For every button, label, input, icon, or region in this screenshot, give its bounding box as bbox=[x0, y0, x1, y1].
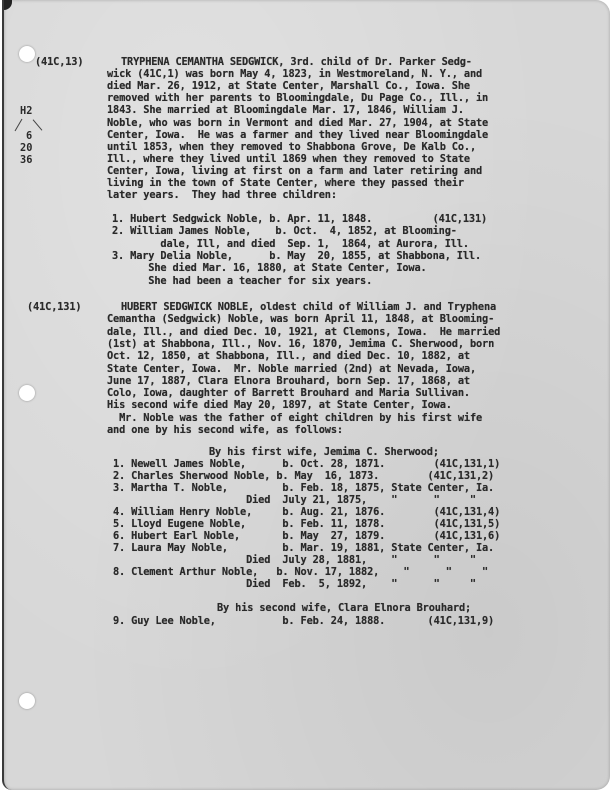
child-entry-line: 5. Lloyd Eugene Noble, b. Feb. 11, 1878.… bbox=[113, 518, 500, 530]
paragraph-line: June 17, 1887, Clara Elnora Brouhard, bo… bbox=[107, 375, 470, 387]
paragraph-line: dale, Ill., and died Dec. 10, 1921, at C… bbox=[107, 326, 500, 338]
child-entry-line: Died July 28, 1881, " " " bbox=[113, 554, 476, 566]
child-entry-line: 9. Guy Lee Noble, b. Feb. 24, 1888. (41C… bbox=[113, 615, 494, 627]
margin-note-20: 20 bbox=[20, 142, 32, 154]
paragraph-line: Oct. 12, 1850, at Shabbona, Ill., and di… bbox=[107, 350, 470, 362]
child-entry-line: 3. Mary Delia Noble, b. May 20, 1855, at… bbox=[112, 250, 481, 262]
paragraph-line: Ill., where they lived until 1869 when t… bbox=[107, 153, 470, 165]
child-entry-line: 2. Charles Sherwood Noble, b. May 16, 18… bbox=[113, 470, 494, 482]
margin-caret-right bbox=[33, 119, 43, 130]
paragraph-line: until 1853, when they removed to Shabbon… bbox=[107, 141, 476, 153]
child-entry-line: dale, Ill, and died Sep. 1, 1864, at Aur… bbox=[112, 238, 469, 250]
margin-note-36: 36 bbox=[20, 154, 32, 166]
child-entry-line: 1. Hubert Sedgwick Noble, b. Apr. 11, 18… bbox=[112, 213, 487, 225]
child-entry-line: She had been a teacher for six years. bbox=[112, 275, 372, 287]
punch-hole-bottom bbox=[19, 693, 35, 709]
paragraph-line: wick (41C,1) was born May 4, 1823, in We… bbox=[107, 68, 482, 80]
document-page: (41C,13) H2 6 20 36 TRYPHENA CEMANTHA SE… bbox=[2, 0, 610, 790]
child-entry-line: 2. William James Noble, b. Oct. 4, 1852,… bbox=[112, 225, 457, 237]
paragraph-line: Colo, Iowa, daughter of Barrett Brouhard… bbox=[107, 387, 470, 399]
child-entry-line: 8. Clement Arthur Noble, b. Nov. 17, 188… bbox=[113, 566, 488, 578]
child-entry-line: 7. Laura May Noble, b. Mar. 19, 1881, St… bbox=[113, 542, 494, 554]
paragraph-line: later years. They had three children: bbox=[107, 189, 337, 201]
paragraph-line: His second wife died May 20, 1897, at St… bbox=[107, 399, 452, 411]
paragraph-line: living in the town of State Center, wher… bbox=[107, 177, 464, 189]
punch-hole-top bbox=[19, 46, 35, 62]
margin-caret-left bbox=[15, 119, 23, 132]
paragraph-line: State Center, Iowa. Mr. Noble married (2… bbox=[107, 363, 476, 375]
paragraph-line: Center, Iowa, living at first on a farm … bbox=[107, 165, 482, 177]
margin-note-6: 6 bbox=[26, 130, 32, 142]
paragraph-line: removed with her parents to Bloomingdale… bbox=[107, 92, 488, 104]
child-entry-line: 3. Martha T. Noble, b. Feb. 18, 1875, St… bbox=[113, 482, 494, 494]
paragraph-line: (1st) at Shabbona, Ill., Nov. 16, 1870, … bbox=[107, 338, 494, 350]
paragraph-line: Cemantha (Sedgwick) Noble, was born Apri… bbox=[107, 313, 494, 325]
paragraph-line: died Mar. 26, 1912, at State Center, Mar… bbox=[107, 80, 470, 92]
page-corner-shadow bbox=[4, 0, 12, 10]
child-entry-line: 6. Hubert Earl Noble, b. May 27, 1879. (… bbox=[113, 530, 500, 542]
paragraph-line: and one by his second wife, as follows: bbox=[107, 424, 343, 436]
paragraph-line: Mr. Noble was the father of eight childr… bbox=[107, 412, 482, 424]
margin-note-h2: H2 bbox=[20, 105, 32, 117]
child-entry-line: Died Feb. 5, 1892, " " " bbox=[113, 578, 476, 590]
paragraph-line: TRYPHENA CEMANTHA SEDGWICK, 3rd. child o… bbox=[121, 56, 472, 68]
second-wife-heading: By his second wife, Clara Elnora Brouhar… bbox=[217, 602, 471, 614]
first-wife-heading: By his first wife, Jemima C. Sherwood; bbox=[209, 446, 439, 458]
paragraph-line: HUBERT SEDGWICK NOBLE, oldest child of W… bbox=[121, 301, 496, 313]
paragraph-line: Noble, who was born in Vermont and died … bbox=[107, 117, 488, 129]
punch-hole-middle bbox=[19, 385, 35, 401]
child-entry-line: 4. William Henry Noble, b. Aug. 21, 1876… bbox=[113, 506, 500, 518]
section1-ref: (41C,13) bbox=[35, 56, 83, 68]
section2-ref: (41C,131) bbox=[27, 301, 81, 313]
child-entry-line: Died July 21, 1875, " " " bbox=[113, 494, 476, 506]
child-entry-line: She died Mar. 16, 1880, at State Center,… bbox=[112, 262, 427, 274]
child-entry-line: 1. Newell James Noble, b. Oct. 28, 1871.… bbox=[113, 458, 500, 470]
paragraph-line: Center, Iowa. He was a farmer and they l… bbox=[107, 129, 488, 141]
paragraph-line: 1843. She married at Bloomingdale Mar. 1… bbox=[107, 104, 464, 116]
